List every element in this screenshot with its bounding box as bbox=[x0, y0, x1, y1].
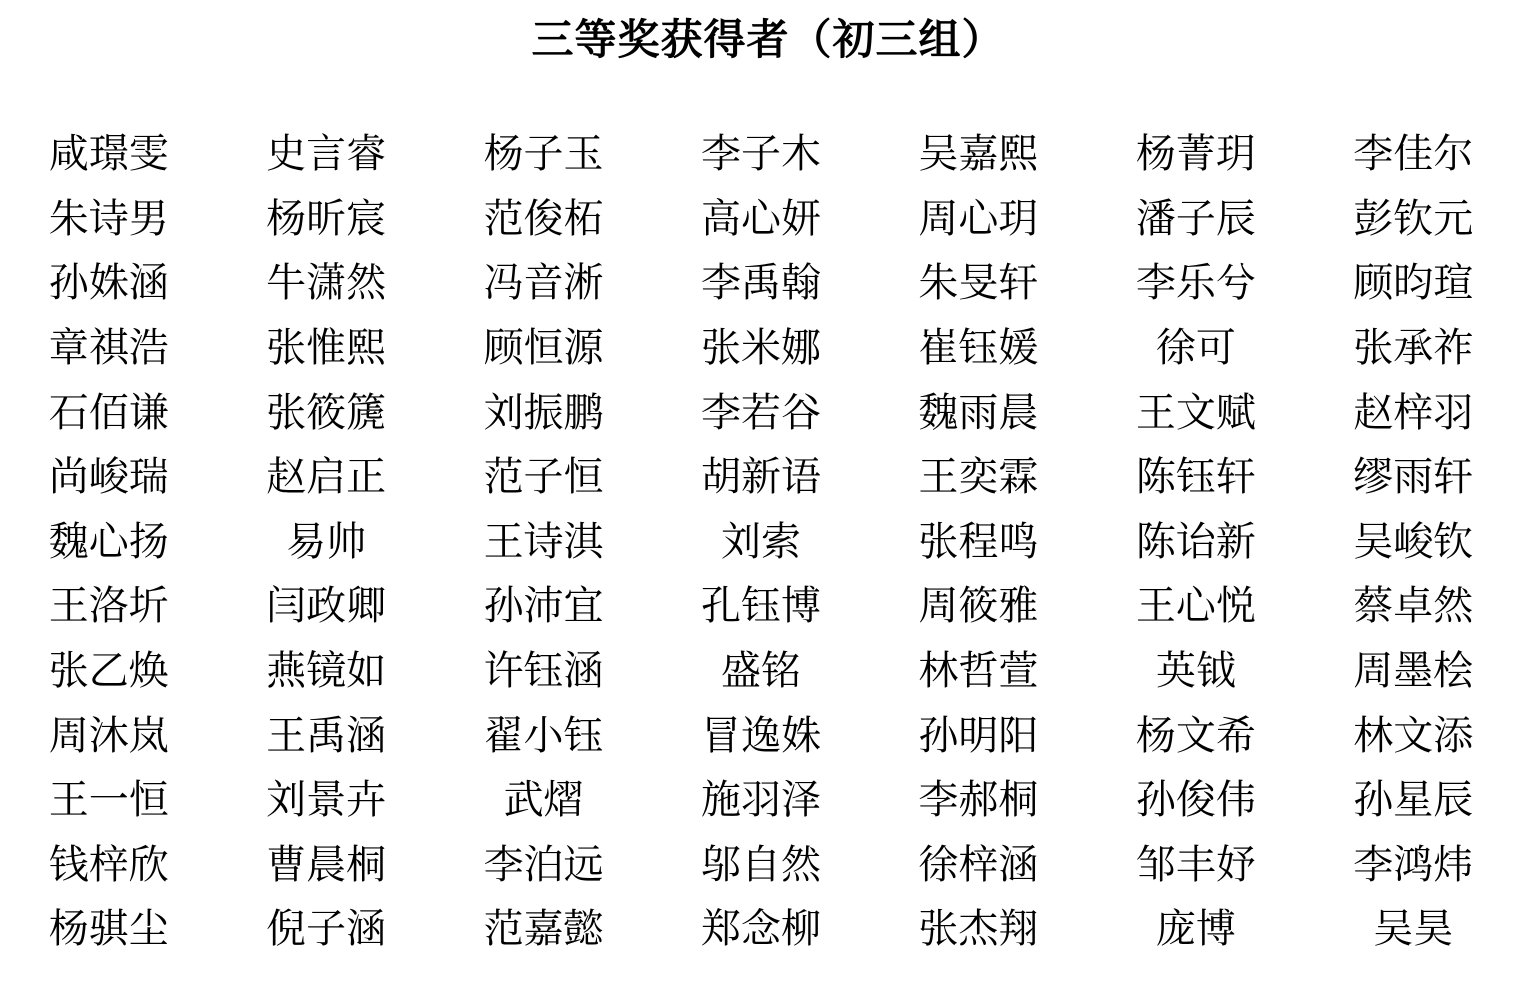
winner-name: 王禹涵 bbox=[217, 700, 434, 765]
winner-name: 范子恒 bbox=[435, 441, 652, 506]
winner-name: 潘子辰 bbox=[1087, 183, 1304, 248]
winner-name: 邹丰妤 bbox=[1087, 829, 1304, 894]
winner-name: 王奕霖 bbox=[870, 441, 1087, 506]
winner-name: 彭钦元 bbox=[1305, 183, 1522, 248]
winner-name: 陈诒新 bbox=[1087, 506, 1304, 571]
winner-name: 冒逸姝 bbox=[652, 700, 869, 765]
winner-name: 武熠 bbox=[435, 764, 652, 829]
winner-name: 胡新语 bbox=[652, 441, 869, 506]
winner-name: 陈钰轩 bbox=[1087, 441, 1304, 506]
winner-name: 林哲萱 bbox=[870, 635, 1087, 700]
winner-name: 李禹翰 bbox=[652, 248, 869, 313]
winner-name: 燕镜如 bbox=[217, 635, 434, 700]
winners-name-grid: 咸璟雯史言睿杨子玉李子木吴嘉熙杨菁玥李佳尔朱诗男杨昕宸范俊柘高心妍周心玥潘子辰彭… bbox=[0, 118, 1522, 958]
winner-name: 张杰翔 bbox=[870, 894, 1087, 959]
winner-name: 郑念柳 bbox=[652, 894, 869, 959]
winner-name: 王诗淇 bbox=[435, 506, 652, 571]
winner-name: 刘景卉 bbox=[217, 764, 434, 829]
winner-name: 蔡卓然 bbox=[1305, 571, 1522, 636]
winner-name: 杨骐尘 bbox=[0, 894, 217, 959]
winner-name: 施羽泽 bbox=[652, 764, 869, 829]
winner-name: 张乙焕 bbox=[0, 635, 217, 700]
winner-name: 咸璟雯 bbox=[0, 118, 217, 183]
winner-name: 史言睿 bbox=[217, 118, 434, 183]
winner-name: 孙俊伟 bbox=[1087, 764, 1304, 829]
winner-name: 闫政卿 bbox=[217, 571, 434, 636]
winner-name: 章祺浩 bbox=[0, 312, 217, 377]
winner-name: 王心悦 bbox=[1087, 571, 1304, 636]
winner-name: 王洛圻 bbox=[0, 571, 217, 636]
winner-name: 刘索 bbox=[652, 506, 869, 571]
winner-name: 赵梓羽 bbox=[1305, 377, 1522, 442]
winner-name: 杨菁玥 bbox=[1087, 118, 1304, 183]
winner-name: 冯音淅 bbox=[435, 248, 652, 313]
winner-name: 魏雨晨 bbox=[870, 377, 1087, 442]
winner-name: 周筱雅 bbox=[870, 571, 1087, 636]
winner-name: 顾恒源 bbox=[435, 312, 652, 377]
winner-name: 缪雨轩 bbox=[1305, 441, 1522, 506]
winner-name: 张米娜 bbox=[652, 312, 869, 377]
winner-name: 李鸿炜 bbox=[1305, 829, 1522, 894]
winner-name: 顾昀瑄 bbox=[1305, 248, 1522, 313]
winner-name: 李泊远 bbox=[435, 829, 652, 894]
winner-name: 朱旻轩 bbox=[870, 248, 1087, 313]
winner-name: 翟小钰 bbox=[435, 700, 652, 765]
winner-name: 张筱篪 bbox=[217, 377, 434, 442]
winner-name: 徐可 bbox=[1087, 312, 1304, 377]
winner-name: 王一恒 bbox=[0, 764, 217, 829]
page-title: 三等奖获得者（初三组） bbox=[0, 0, 1536, 66]
winner-name: 孙姝涵 bbox=[0, 248, 217, 313]
winner-name: 尚峻瑞 bbox=[0, 441, 217, 506]
winner-name: 吴嘉熙 bbox=[870, 118, 1087, 183]
winner-name: 赵启正 bbox=[217, 441, 434, 506]
winner-name: 孙星辰 bbox=[1305, 764, 1522, 829]
winner-name: 范俊柘 bbox=[435, 183, 652, 248]
winner-name: 高心妍 bbox=[652, 183, 869, 248]
winner-name: 李乐兮 bbox=[1087, 248, 1304, 313]
winner-name: 孔钰博 bbox=[652, 571, 869, 636]
winner-name: 倪子涵 bbox=[217, 894, 434, 959]
winner-name: 孙沛宜 bbox=[435, 571, 652, 636]
winner-name: 吴峻钦 bbox=[1305, 506, 1522, 571]
winner-name: 许钰涵 bbox=[435, 635, 652, 700]
winner-name: 周心玥 bbox=[870, 183, 1087, 248]
winner-name: 王文赋 bbox=[1087, 377, 1304, 442]
winner-name: 林文添 bbox=[1305, 700, 1522, 765]
winner-name: 魏心扬 bbox=[0, 506, 217, 571]
winner-name: 周墨桧 bbox=[1305, 635, 1522, 700]
winner-name: 张惟熙 bbox=[217, 312, 434, 377]
winner-name: 孙明阳 bbox=[870, 700, 1087, 765]
winner-name: 李郝桐 bbox=[870, 764, 1087, 829]
winner-name: 张承祚 bbox=[1305, 312, 1522, 377]
winner-name: 范嘉懿 bbox=[435, 894, 652, 959]
winner-name: 易帅 bbox=[217, 506, 434, 571]
winner-name: 钱梓欣 bbox=[0, 829, 217, 894]
winner-name: 李子木 bbox=[652, 118, 869, 183]
winner-name: 杨子玉 bbox=[435, 118, 652, 183]
winner-name: 盛铭 bbox=[652, 635, 869, 700]
winner-name: 李佳尔 bbox=[1305, 118, 1522, 183]
winner-name: 邬自然 bbox=[652, 829, 869, 894]
winner-name: 吴昊 bbox=[1305, 894, 1522, 959]
winner-name: 杨昕宸 bbox=[217, 183, 434, 248]
winner-name: 刘振鹏 bbox=[435, 377, 652, 442]
winner-name: 牛潇然 bbox=[217, 248, 434, 313]
winner-name: 朱诗男 bbox=[0, 183, 217, 248]
winner-name: 张程鸣 bbox=[870, 506, 1087, 571]
document-page: 三等奖获得者（初三组） 咸璟雯史言睿杨子玉李子木吴嘉熙杨菁玥李佳尔朱诗男杨昕宸范… bbox=[0, 0, 1536, 984]
winner-name: 杨文希 bbox=[1087, 700, 1304, 765]
winner-name: 崔钰媛 bbox=[870, 312, 1087, 377]
winner-name: 徐梓涵 bbox=[870, 829, 1087, 894]
winner-name: 庞博 bbox=[1087, 894, 1304, 959]
winner-name: 英钺 bbox=[1087, 635, 1304, 700]
winner-name: 周沐岚 bbox=[0, 700, 217, 765]
winner-name: 李若谷 bbox=[652, 377, 869, 442]
winner-name: 石佰谦 bbox=[0, 377, 217, 442]
winner-name: 曹晨桐 bbox=[217, 829, 434, 894]
